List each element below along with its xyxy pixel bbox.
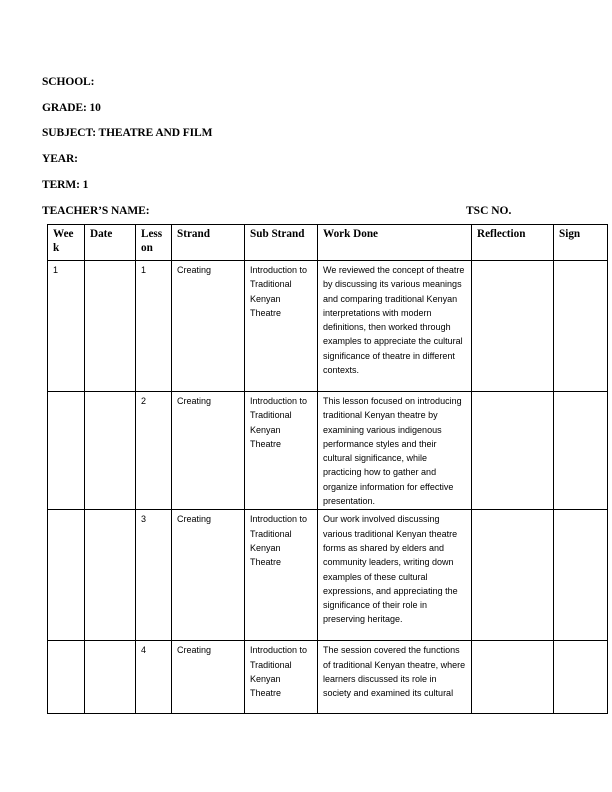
year-label: YEAR: [42, 153, 78, 165]
cell-reflection [472, 510, 554, 641]
cell-lesson: 1 [136, 261, 172, 392]
cell-week [48, 392, 85, 510]
table-row: 2 Creating Introduction to Traditional K… [48, 392, 608, 510]
col-header-work-done: Work Done [318, 225, 472, 261]
cell-lesson: 2 [136, 392, 172, 510]
cell-sub-strand: Introduction to Traditional Kenyan Theat… [245, 261, 318, 392]
cell-sign [554, 392, 608, 510]
cell-strand: Creating [172, 392, 245, 510]
cell-sub-strand: Introduction to Traditional Kenyan Theat… [245, 510, 318, 641]
cell-sub-strand: Introduction to Traditional Kenyan Theat… [245, 641, 318, 714]
cell-sign [554, 510, 608, 641]
table-row: 4 Creating Introduction to Traditional K… [48, 641, 608, 714]
cell-strand: Creating [172, 261, 245, 392]
cell-date [85, 510, 136, 641]
cell-strand: Creating [172, 641, 245, 714]
cell-lesson: 4 [136, 641, 172, 714]
table-header-row: Wee k Date Less on Strand Sub Strand Wor… [48, 225, 608, 261]
school-label: SCHOOL: [42, 76, 94, 88]
teacher-name-label: TEACHER’S NAME: [42, 205, 149, 217]
cell-week: 1 [48, 261, 85, 392]
col-header-lesson: Less on [136, 225, 172, 261]
cell-reflection [472, 641, 554, 714]
cell-reflection [472, 261, 554, 392]
cell-date [85, 392, 136, 510]
table-row: 1 1 Creating Introduction to Traditional… [48, 261, 608, 392]
table-row: 3 Creating Introduction to Traditional K… [48, 510, 608, 641]
term-label: TERM: 1 [42, 179, 88, 191]
cell-sub-strand: Introduction to Traditional Kenyan Theat… [245, 392, 318, 510]
cell-week [48, 641, 85, 714]
col-header-date: Date [85, 225, 136, 261]
cell-work-done: The session covered the functions of tra… [318, 641, 472, 714]
cell-date [85, 641, 136, 714]
col-header-week: Wee k [48, 225, 85, 261]
col-header-reflection: Reflection [472, 225, 554, 261]
cell-work-done: This lesson focused on introducing tradi… [318, 392, 472, 510]
cell-week [48, 510, 85, 641]
col-header-strand: Strand [172, 225, 245, 261]
col-header-sign: Sign [554, 225, 608, 261]
scheme-of-work-table: Wee k Date Less on Strand Sub Strand Wor… [47, 224, 608, 714]
cell-sign [554, 261, 608, 392]
cell-strand: Creating [172, 510, 245, 641]
col-header-sub-strand: Sub Strand [245, 225, 318, 261]
cell-work-done: We reviewed the concept of theatre by di… [318, 261, 472, 392]
cell-work-done: Our work involved discussing various tra… [318, 510, 472, 641]
grade-label: GRADE: 10 [42, 102, 101, 114]
cell-date [85, 261, 136, 392]
cell-sign [554, 641, 608, 714]
subject-label: SUBJECT: THEATRE AND FILM [42, 127, 212, 139]
tsc-no-label: TSC NO. [466, 205, 511, 217]
cell-lesson: 3 [136, 510, 172, 641]
cell-reflection [472, 392, 554, 510]
